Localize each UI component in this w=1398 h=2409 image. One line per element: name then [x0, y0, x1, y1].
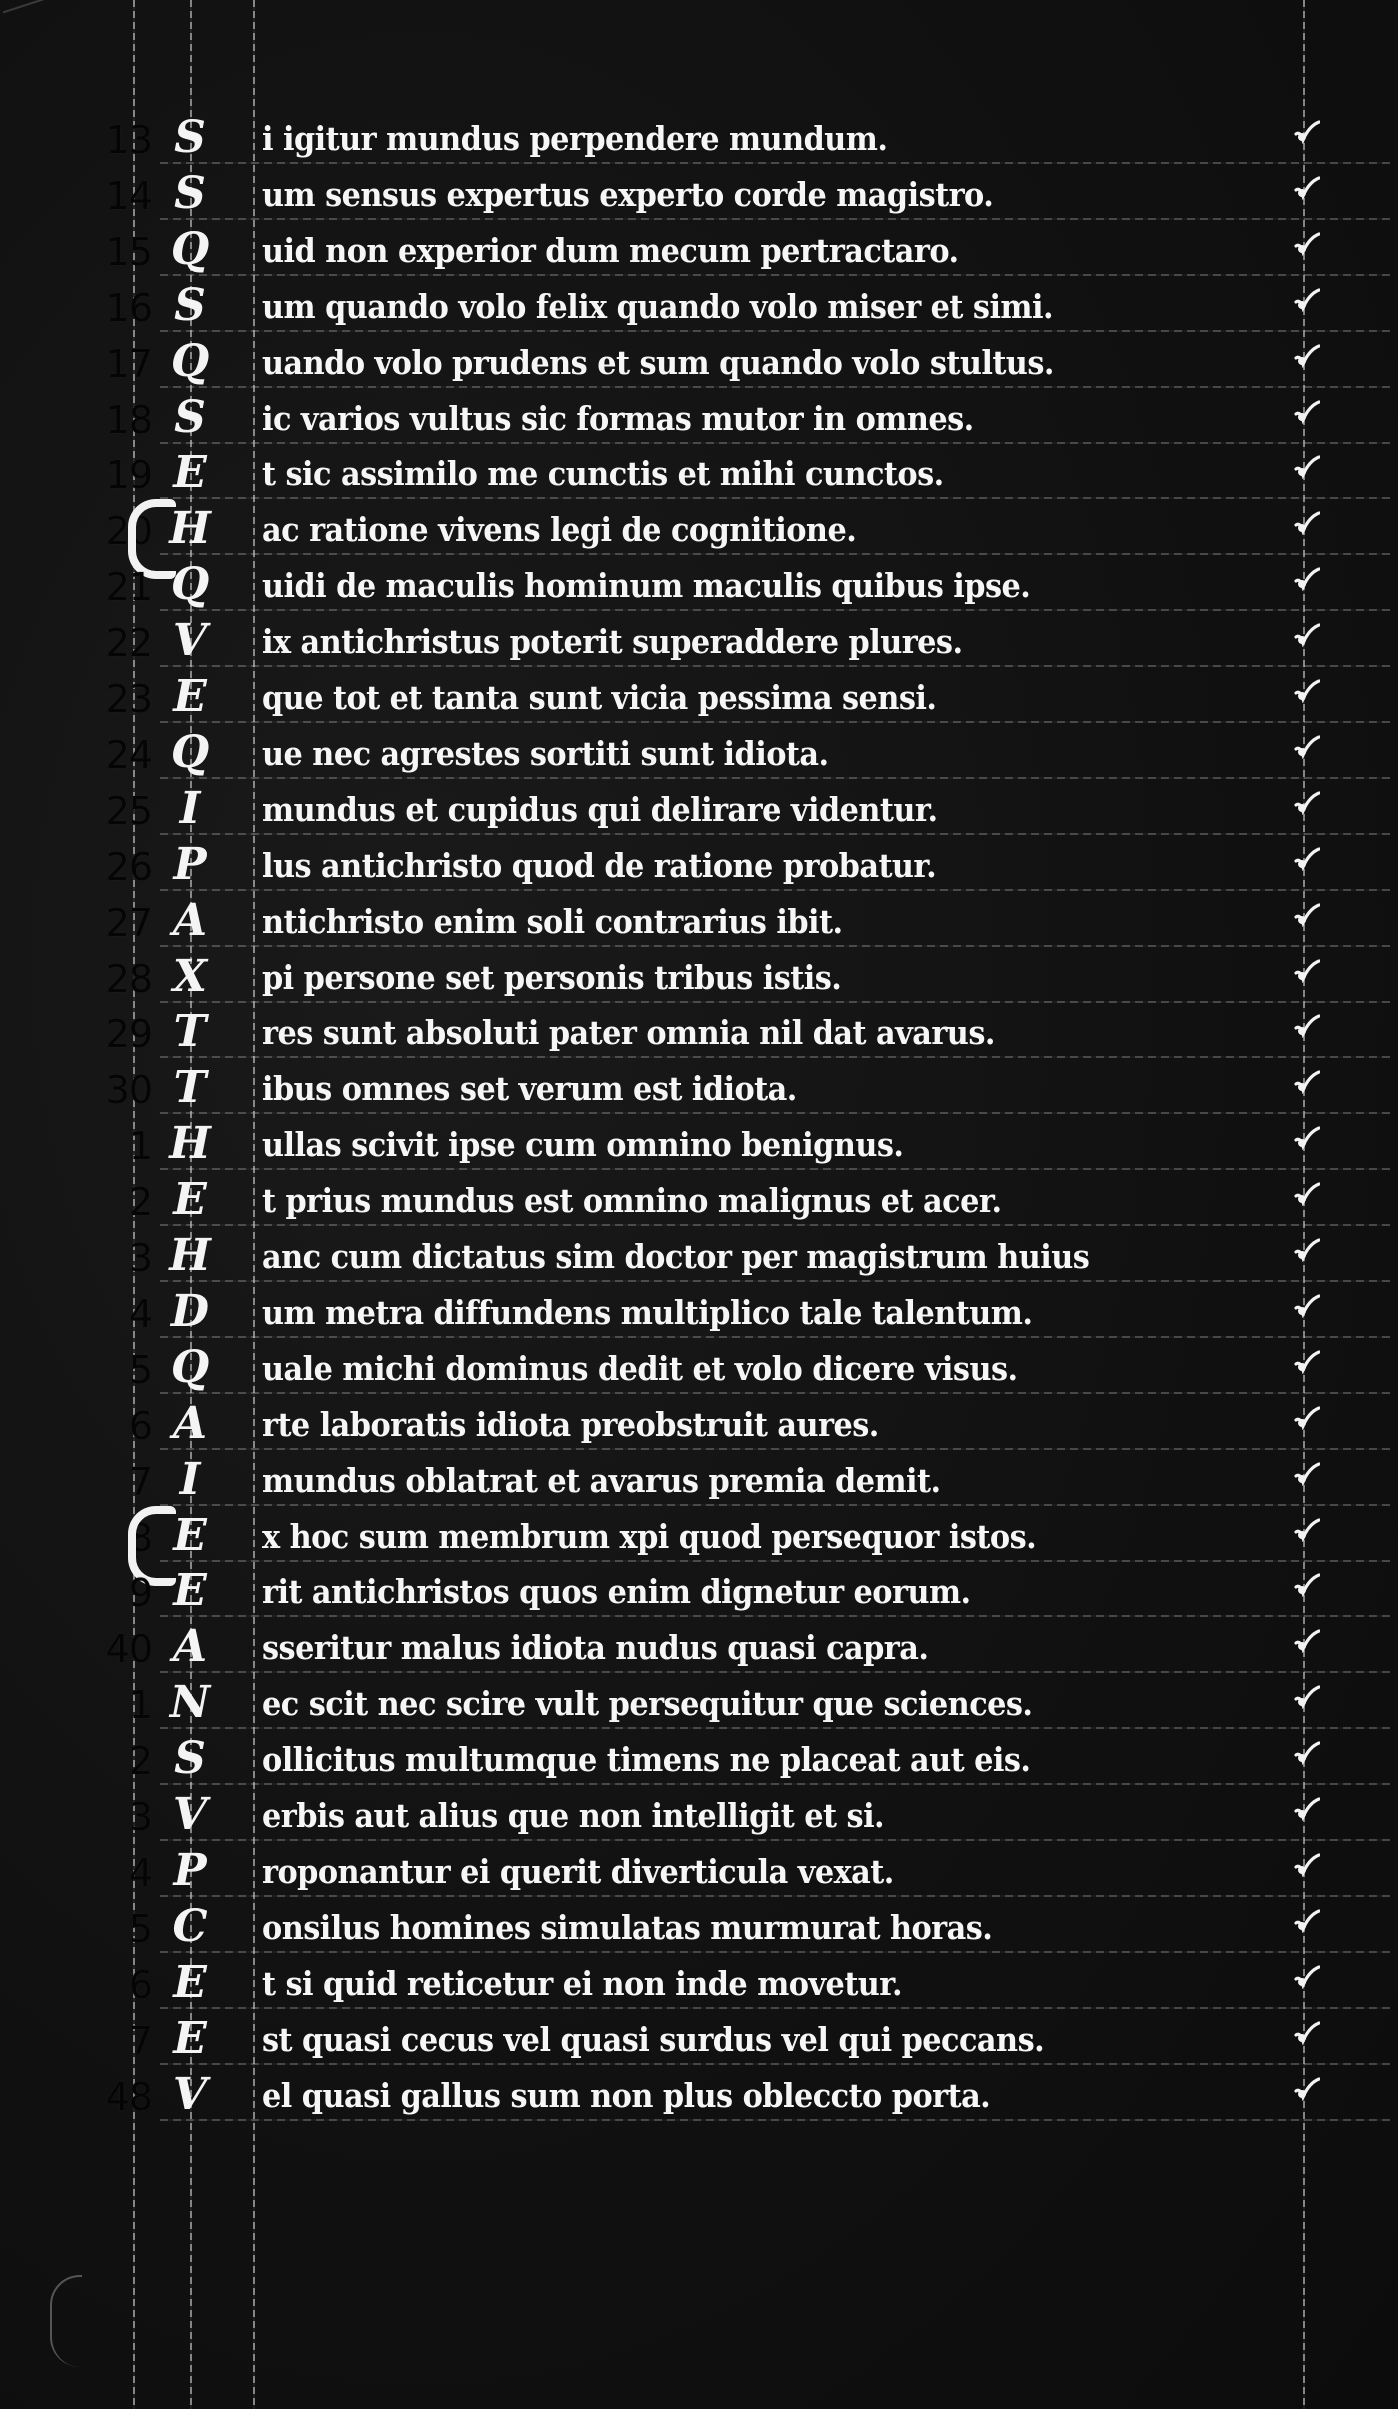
line-number: 7 — [40, 1460, 152, 1504]
line-number: 30 — [40, 1068, 152, 1112]
initial-letter: Q — [160, 559, 220, 611]
check-mark-icon — [1294, 176, 1320, 200]
line-text: ix antichristus poterit superaddere plur… — [262, 619, 962, 665]
check-mark-icon — [1294, 1462, 1320, 1486]
initial-letter: E — [160, 1174, 220, 1226]
check-mark-icon — [1294, 567, 1320, 591]
manuscript-line: 1 N ec scit nec scire vult persequitur q… — [0, 1677, 1398, 1733]
initial-letter: I — [160, 1454, 220, 1506]
check-mark-icon — [1294, 791, 1320, 815]
check-mark-icon — [1294, 1629, 1320, 1653]
initial-letter: E — [160, 1957, 220, 2009]
line-text: res sunt absoluti pater omnia nil dat av… — [262, 1010, 995, 1056]
check-mark-icon — [1294, 903, 1320, 927]
line-number: 16 — [40, 286, 152, 330]
manuscript-line: 9 E rit antichristos quos enim dignetur … — [0, 1565, 1398, 1621]
check-mark-icon — [1294, 1182, 1320, 1206]
line-number: 3 — [40, 1236, 152, 1280]
check-mark-icon — [1294, 1909, 1320, 1933]
line-text: ec scit nec scire vult persequitur que s… — [262, 1681, 1032, 1727]
line-number: 4 — [40, 1292, 152, 1336]
check-mark-icon — [1294, 623, 1320, 647]
line-text: que tot et tanta sunt vicia pessima sens… — [262, 675, 936, 721]
line-number: 26 — [40, 845, 152, 889]
manuscript-line: 5 C onsilus homines simulatas murmurat h… — [0, 1901, 1398, 1957]
line-text: t sic assimilo me cunctis et mihi cuncto… — [262, 451, 944, 497]
check-mark-icon — [1294, 1573, 1320, 1597]
check-mark-icon — [1294, 1965, 1320, 1989]
initial-letter: T — [160, 1006, 220, 1058]
line-number: 3 — [40, 1795, 152, 1839]
line-number: 40 — [40, 1627, 152, 1671]
check-mark-icon — [1294, 400, 1320, 424]
manuscript-line: 4 P roponantur ei querit diverticula vex… — [0, 1845, 1398, 1901]
initial-letter: H — [160, 1118, 220, 1170]
line-text: uidi de maculis hominum maculis quibus i… — [262, 563, 1030, 609]
manuscript-line: 20 H ac ratione vivens legi de cognition… — [0, 503, 1398, 559]
initial-letter: V — [160, 1789, 220, 1841]
check-mark-icon — [1294, 1685, 1320, 1709]
line-text: t si quid reticetur ei non inde movetur. — [262, 1961, 902, 2007]
line-text: mundus et cupidus qui delirare videntur. — [262, 787, 938, 833]
manuscript-line: 19 E t sic assimilo me cunctis et mihi c… — [0, 447, 1398, 503]
initial-letter: D — [160, 1286, 220, 1338]
line-text: x hoc sum membrum xpi quod persequor ist… — [262, 1514, 1036, 1560]
line-number: 22 — [40, 621, 152, 665]
initial-letter: H — [160, 1230, 220, 1282]
line-text: ac ratione vivens legi de cognitione. — [262, 507, 856, 553]
line-text: rte laboratis idiota preobstruit aures. — [262, 1402, 879, 1448]
line-number: 25 — [40, 789, 152, 833]
initial-letter: P — [160, 839, 220, 891]
check-mark-icon — [1294, 1518, 1320, 1542]
line-text: um metra diffundens multiplico tale tale… — [262, 1290, 1032, 1336]
check-mark-icon — [1294, 847, 1320, 871]
initial-letter: X — [160, 951, 220, 1003]
manuscript-line: 15 Q uid non experior dum mecum pertract… — [0, 224, 1398, 280]
check-mark-icon — [1294, 1238, 1320, 1262]
initial-letter: P — [160, 1845, 220, 1897]
line-text: ollicitus multumque timens ne placeat au… — [262, 1737, 1030, 1783]
line-text: mundus oblatrat et avarus premia demit. — [262, 1458, 941, 1504]
manuscript-line: 25 I mundus et cupidus qui delirare vide… — [0, 783, 1398, 839]
initial-letter: I — [160, 783, 220, 835]
manuscript-line: 24 Q ue nec agrestes sortiti sunt idiota… — [0, 727, 1398, 783]
check-mark-icon — [1294, 1294, 1320, 1318]
initial-letter: E — [160, 671, 220, 723]
line-text: pi persone set personis tribus istis. — [262, 955, 841, 1001]
line-number: 1 — [40, 1124, 152, 1168]
initial-letter: N — [160, 1677, 220, 1729]
line-number: 9 — [40, 1571, 152, 1615]
line-number: 29 — [40, 1012, 152, 1056]
line-number: 6 — [40, 1404, 152, 1448]
line-text: uale michi dominus dedit et volo dicere … — [262, 1346, 1018, 1392]
manuscript-line: 22 V ix antichristus poterit superaddere… — [0, 615, 1398, 671]
line-text: ue nec agrestes sortiti sunt idiota. — [262, 731, 829, 777]
manuscript-line: 1 H ullas scivit ipse cum omnino benignu… — [0, 1118, 1398, 1174]
line-text: i igitur mundus perpendere mundum. — [262, 116, 887, 162]
manuscript-line: 17 Q uando volo prudens et sum quando vo… — [0, 336, 1398, 392]
line-text: ullas scivit ipse cum omnino benignus. — [262, 1122, 903, 1168]
initial-letter: S — [160, 112, 220, 164]
line-number: 6 — [40, 1963, 152, 2007]
line-number: 4 — [40, 1851, 152, 1895]
check-mark-icon — [1294, 120, 1320, 144]
initial-letter: S — [160, 1733, 220, 1785]
check-mark-icon — [1294, 511, 1320, 535]
initial-letter: S — [160, 280, 220, 332]
line-text: rit antichristos quos enim dignetur eoru… — [262, 1569, 971, 1615]
line-text: ibus omnes set verum est idiota. — [262, 1066, 797, 1112]
manuscript-line: 8 E x hoc sum membrum xpi quod persequor… — [0, 1510, 1398, 1566]
initial-letter: A — [160, 895, 220, 947]
check-mark-icon — [1294, 1126, 1320, 1150]
line-text: erbis aut alius que non intelligit et si… — [262, 1793, 884, 1839]
line-text: onsilus homines simulatas murmurat horas… — [262, 1905, 992, 1951]
initial-letter: Q — [160, 336, 220, 388]
manuscript-line: 48 V el quasi gallus sum non plus oblecc… — [0, 2069, 1398, 2125]
check-mark-icon — [1294, 455, 1320, 479]
line-text: lus antichristo quod de ratione probatur… — [262, 843, 936, 889]
manuscript-line: 16 S um quando volo felix quando volo mi… — [0, 280, 1398, 336]
initial-letter: V — [160, 2069, 220, 2121]
manuscript-line: 27 A ntichristo enim soli contrarius ibi… — [0, 895, 1398, 951]
line-text: ntichristo enim soli contrarius ibit. — [262, 899, 842, 945]
initial-letter: S — [160, 168, 220, 220]
line-text: anc cum dictatus sim doctor per magistru… — [262, 1234, 1089, 1280]
manuscript-line: 4 D um metra diffundens multiplico tale … — [0, 1286, 1398, 1342]
line-number: 14 — [40, 174, 152, 218]
manuscript-line: 18 S ic varios vultus sic formas mutor i… — [0, 392, 1398, 448]
line-number: 17 — [40, 342, 152, 386]
line-number: 1 — [40, 1683, 152, 1727]
line-number: 48 — [40, 2075, 152, 2119]
check-mark-icon — [1294, 2021, 1320, 2045]
initial-letter: Q — [160, 224, 220, 276]
manuscript-line: 14 S um sensus expertus experto corde ma… — [0, 168, 1398, 224]
initial-letter: S — [160, 392, 220, 444]
line-number: 19 — [40, 453, 152, 497]
manuscript-line: 26 P lus antichristo quod de ratione pro… — [0, 839, 1398, 895]
check-mark-icon — [1294, 959, 1320, 983]
check-mark-icon — [1294, 344, 1320, 368]
line-text: um sensus expertus experto corde magistr… — [262, 172, 993, 218]
line-number: 5 — [40, 1907, 152, 1951]
line-number: 28 — [40, 957, 152, 1001]
check-mark-icon — [1294, 2077, 1320, 2101]
line-number: 21 — [40, 565, 152, 609]
line-number: 13 — [40, 118, 152, 162]
initial-letter: Q — [160, 1342, 220, 1394]
check-mark-icon — [1294, 1014, 1320, 1038]
line-number: 23 — [40, 677, 152, 721]
initial-letter: Q — [160, 727, 220, 779]
check-mark-icon — [1294, 232, 1320, 256]
manuscript-line: 28 X pi persone set personis tribus isti… — [0, 951, 1398, 1007]
manuscript-line: 23 E que tot et tanta sunt vicia pessima… — [0, 671, 1398, 727]
check-mark-icon — [1294, 1853, 1320, 1877]
check-mark-icon — [1294, 1741, 1320, 1765]
margin-curl-mark — [50, 2275, 82, 2367]
manuscript-page: 13 S i igitur mundus perpendere mundum. … — [0, 0, 1398, 2409]
manuscript-line: 5 Q uale michi dominus dedit et volo dic… — [0, 1342, 1398, 1398]
initial-letter: A — [160, 1398, 220, 1450]
manuscript-line: 7 E st quasi cecus vel quasi surdus vel … — [0, 2013, 1398, 2069]
check-mark-icon — [1294, 288, 1320, 312]
manuscript-line: 2 S ollicitus multumque timens ne placea… — [0, 1733, 1398, 1789]
line-number: 18 — [40, 398, 152, 442]
initial-letter: E — [160, 2013, 220, 2065]
line-text: uando volo prudens et sum quando volo st… — [262, 340, 1054, 386]
line-text: roponantur ei querit diverticula vexat. — [262, 1849, 894, 1895]
line-number: 27 — [40, 901, 152, 945]
check-mark-icon — [1294, 679, 1320, 703]
manuscript-line: 21 Q uidi de maculis hominum maculis qui… — [0, 559, 1398, 615]
check-mark-icon — [1294, 1797, 1320, 1821]
manuscript-line: 2 E t prius mundus est omnino malignus e… — [0, 1174, 1398, 1230]
manuscript-line: 3 V erbis aut alius que non intelligit e… — [0, 1789, 1398, 1845]
manuscript-line: 3 H anc cum dictatus sim doctor per magi… — [0, 1230, 1398, 1286]
line-number: 7 — [40, 2019, 152, 2063]
initial-letter: E — [160, 1565, 220, 1617]
check-mark-icon — [1294, 1070, 1320, 1094]
line-number: 2 — [40, 1739, 152, 1783]
check-mark-icon — [1294, 1406, 1320, 1430]
manuscript-line: 6 E t si quid reticetur ei non inde move… — [0, 1957, 1398, 2013]
manuscript-line: 30 T ibus omnes set verum est idiota. — [0, 1062, 1398, 1118]
line-text: ic varios vultus sic formas mutor in omn… — [262, 396, 974, 442]
line-text: um quando volo felix quando volo miser e… — [262, 284, 1053, 330]
line-number: 24 — [40, 733, 152, 777]
line-number: 2 — [40, 1180, 152, 1224]
manuscript-line: 6 A rte laboratis idiota preobstruit aur… — [0, 1398, 1398, 1454]
manuscript-line: 7 I mundus oblatrat et avarus premia dem… — [0, 1454, 1398, 1510]
corner-mark — [3, 0, 52, 27]
line-text: t prius mundus est omnino malignus et ac… — [262, 1178, 1002, 1224]
initial-letter: A — [160, 1621, 220, 1673]
line-text: st quasi cecus vel quasi surdus vel qui … — [262, 2017, 1044, 2063]
manuscript-line: 29 T res sunt absoluti pater omnia nil d… — [0, 1006, 1398, 1062]
line-number: 5 — [40, 1348, 152, 1392]
check-mark-icon — [1294, 1350, 1320, 1374]
initial-letter: V — [160, 615, 220, 667]
line-text: sseritur malus idiota nudus quasi capra. — [262, 1625, 928, 1671]
line-number: 15 — [40, 230, 152, 274]
initial-letter: E — [160, 447, 220, 499]
initial-letter: T — [160, 1062, 220, 1114]
line-text: el quasi gallus sum non plus obleccto po… — [262, 2073, 990, 2119]
line-text: uid non experior dum mecum pertractaro. — [262, 228, 959, 274]
initial-letter: C — [160, 1901, 220, 1953]
manuscript-line: 40 A sseritur malus idiota nudus quasi c… — [0, 1621, 1398, 1677]
manuscript-line: 13 S i igitur mundus perpendere mundum. — [0, 112, 1398, 168]
check-mark-icon — [1294, 735, 1320, 759]
